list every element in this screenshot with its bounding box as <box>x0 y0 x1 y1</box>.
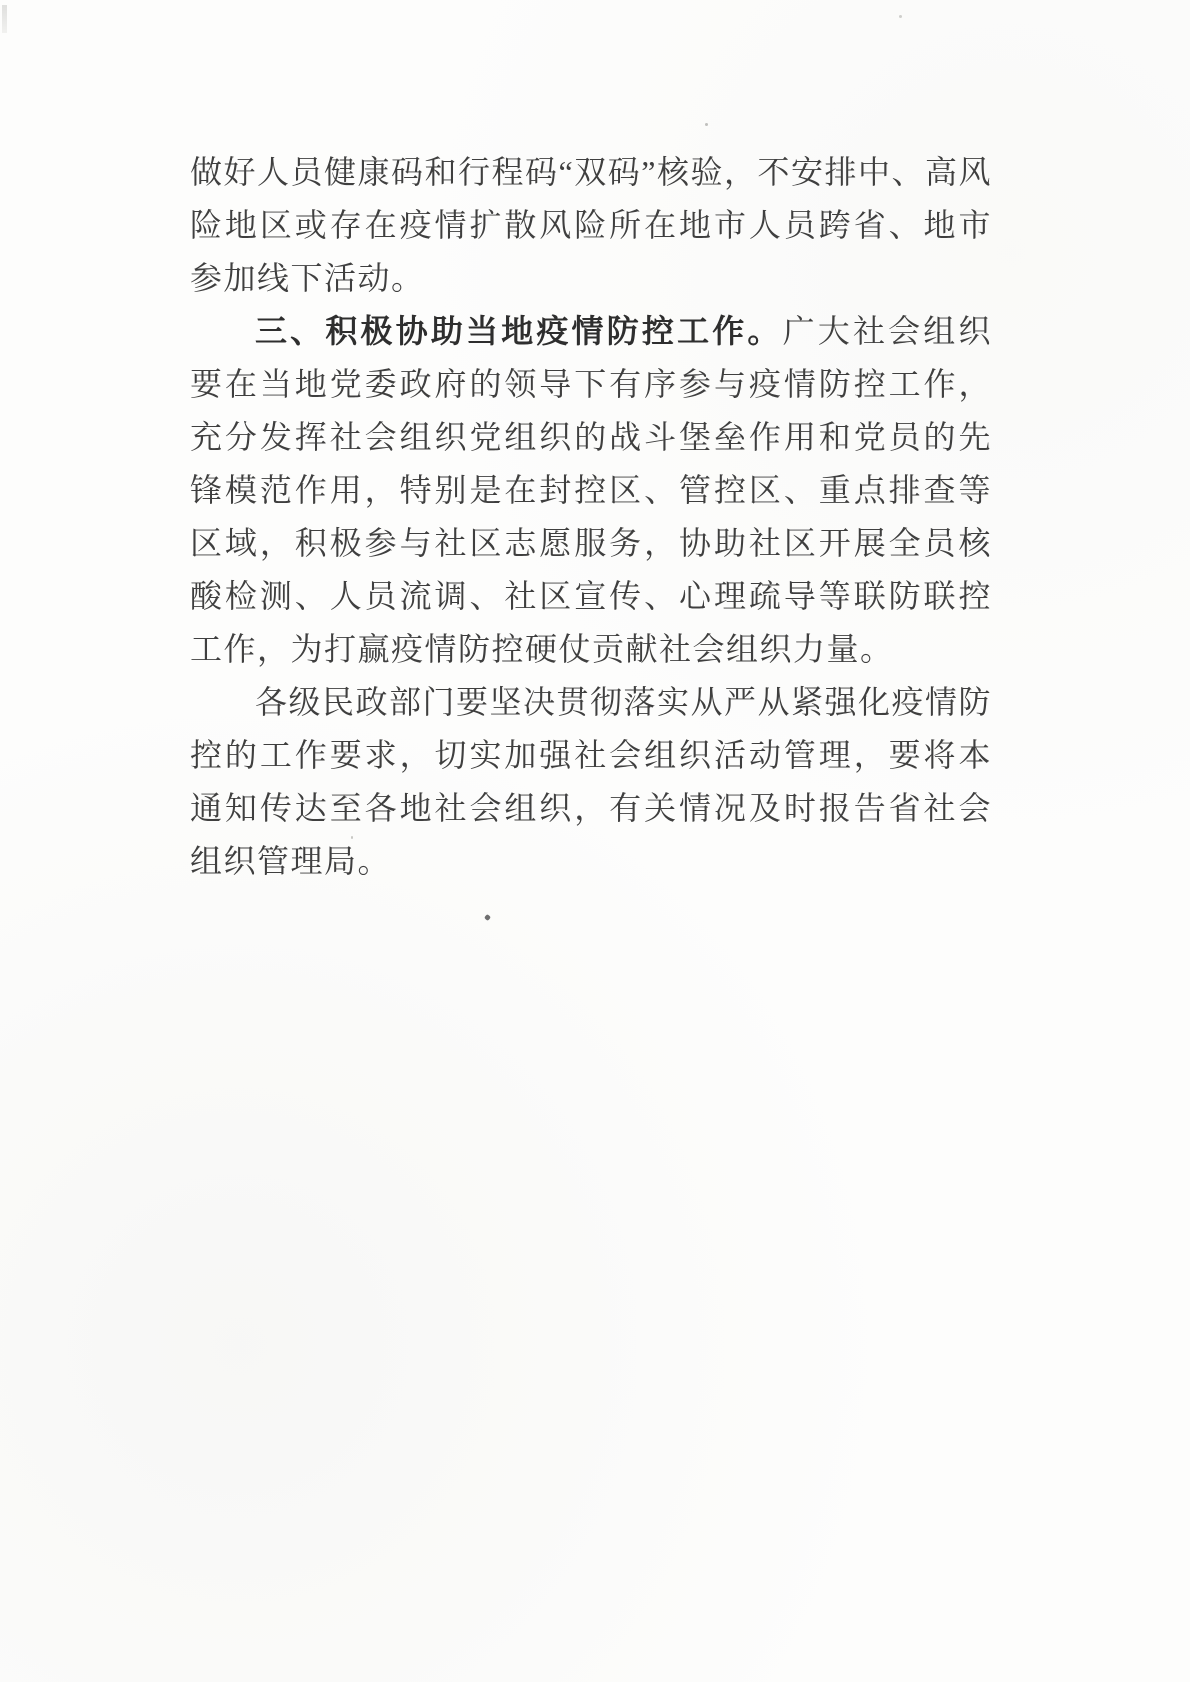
paragraph-continuation: 做好人员健康码和行程码“双码”核验，不安排中、高风险地区或存在疫情扩散风险所在地… <box>190 146 992 305</box>
paragraph-closing: 各级民政部门要坚决贯彻落实从严从紧强化疫情防控的工作要求，切实加强社会组织活动管… <box>190 676 992 888</box>
scan-speck <box>899 15 902 18</box>
scan-edge-smudge <box>2 5 7 33</box>
paragraph-closing-text: 各级民政部门要坚决贯彻落实从严从紧强化疫情防控的工作要求，切实加强社会组织活动管… <box>190 684 992 879</box>
scan-speck <box>601 586 603 588</box>
scan-speck <box>351 836 353 839</box>
scan-speck <box>705 123 708 126</box>
section-three-heading: 三、积极协助当地疫情防控工作。 <box>255 313 783 349</box>
section-three-text: 广大社会组织要在当地党委政府的领导下有序参与疫情防控工作，充分发挥社会组织党组织… <box>190 313 992 667</box>
scan-speck <box>484 914 491 921</box>
paragraph-section-three: 三、积极协助当地疫情防控工作。广大社会组织要在当地党委政府的领导下有序参与疫情防… <box>190 305 992 676</box>
document-page: 做好人员健康码和行程码“双码”核验，不安排中、高风险地区或存在疫情扩散风险所在地… <box>0 0 1190 1682</box>
document-body: 做好人员健康码和行程码“双码”核验，不安排中、高风险地区或存在疫情扩散风险所在地… <box>190 146 992 888</box>
paragraph-continuation-text: 做好人员健康码和行程码“双码”核验，不安排中、高风险地区或存在疫情扩散风险所在地… <box>190 154 992 296</box>
